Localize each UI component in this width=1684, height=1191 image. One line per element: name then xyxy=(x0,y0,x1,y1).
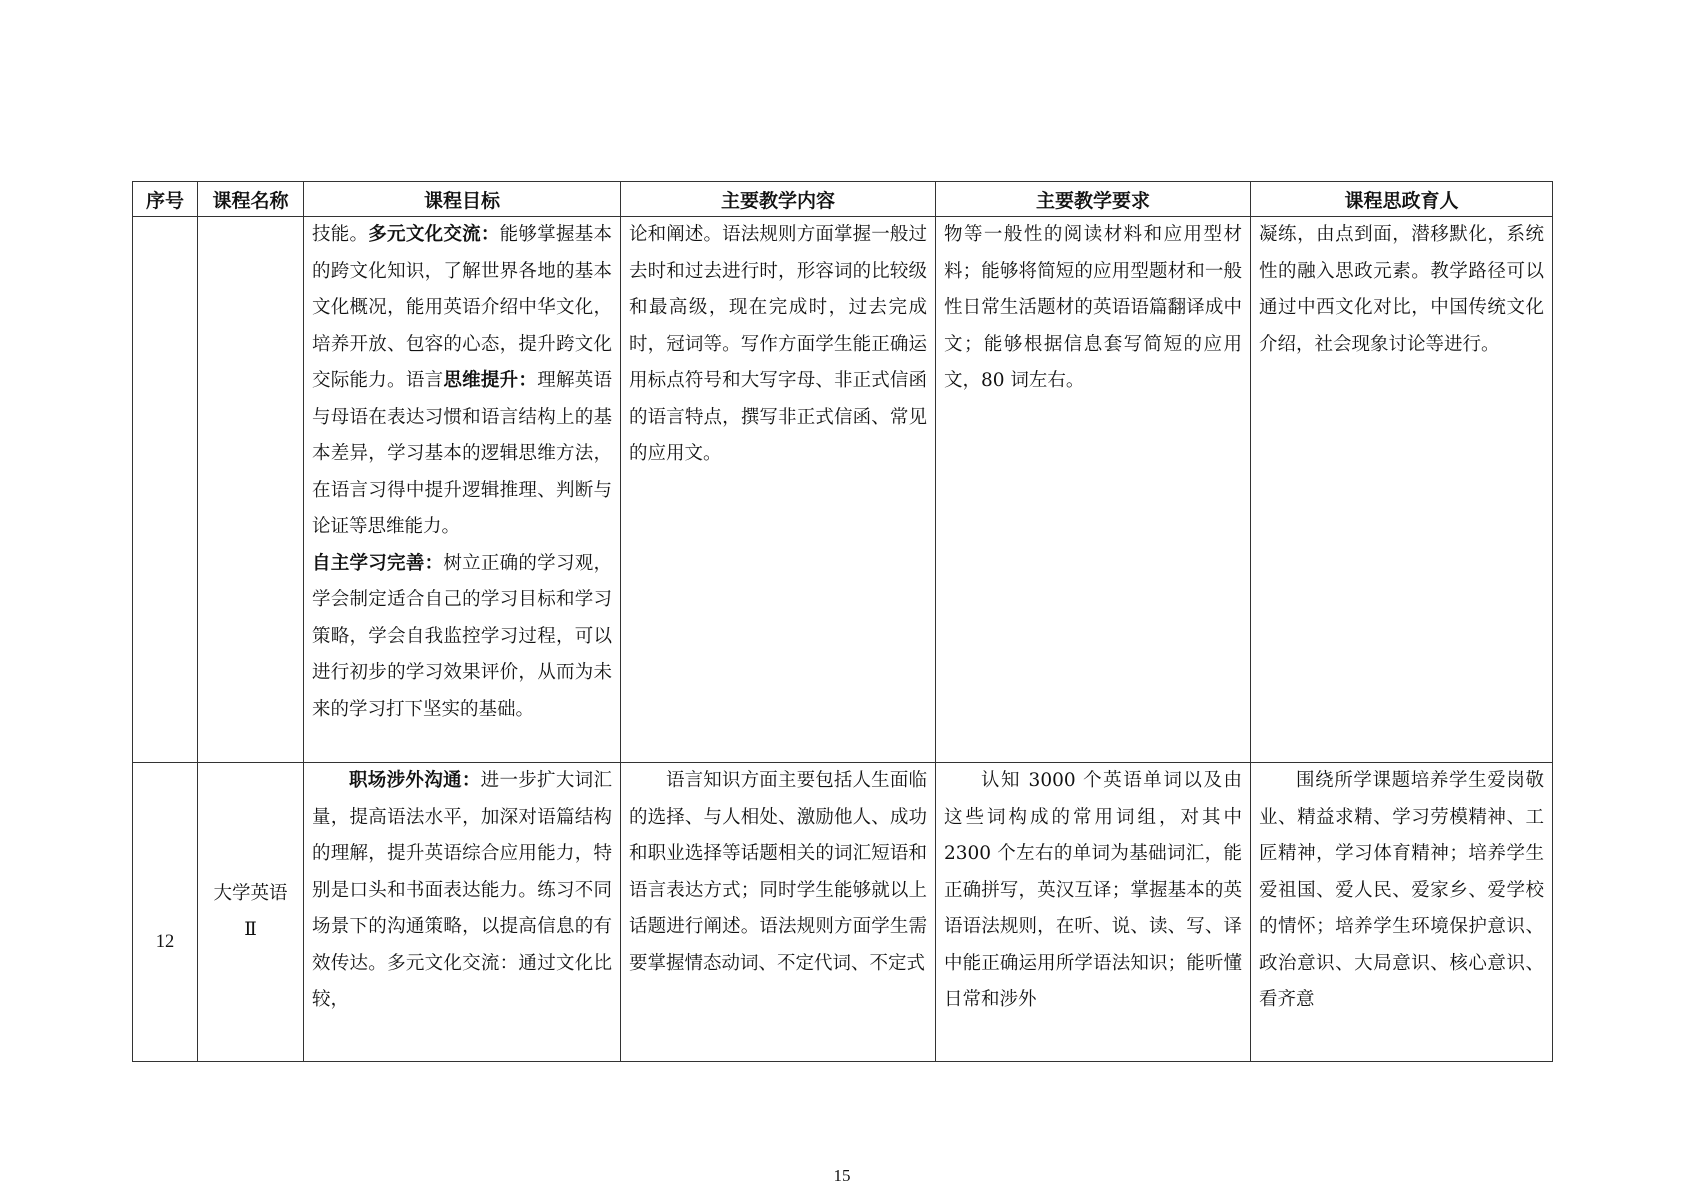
objectives-text: 技能。 xyxy=(312,224,368,245)
cell-content: 语言知识方面主要包括人生面临的选择、与人相处、激励他人、成功和职业选择等话题相关… xyxy=(621,763,936,1062)
curriculum-table: 序号 课程名称 课程目标 主要教学内容 主要教学要求 课程思政育人 技能。多元文… xyxy=(132,181,1553,1062)
cell-content: 论和阐述。语法规则方面掌握一般过去时和过去进行时，形容词的比较级和最高级，现在完… xyxy=(621,217,936,763)
cell-index: 12 xyxy=(133,763,198,1062)
page-number: 15 xyxy=(0,1166,1684,1186)
cell-ideology: 围绕所学课题培养学生爱岗敬业、精益求精、学习劳模精神、工匠精神，学习体育精神；培… xyxy=(1251,763,1553,1062)
objectives-text: 能够掌握基本的跨文化知识，了解世界各地的基本文化概况，能用英语介绍中华文化，培养… xyxy=(312,224,612,391)
objectives-text: 进一步扩大词汇量，提高语法水平，加深对语篇结构的理解，提升英语综合应用能力，特别… xyxy=(312,770,612,1010)
cell-objectives: 技能。多元文化交流：能够掌握基本的跨文化知识，了解世界各地的基本文化概况，能用英… xyxy=(304,217,621,763)
header-course-name: 课程名称 xyxy=(198,182,304,217)
cell-requirements: 物等一般性的阅读材料和应用型材料；能够将简短的应用型题材和一般性日常生活题材的英… xyxy=(936,217,1251,763)
objectives-keyword: 思维提升： xyxy=(443,370,537,391)
header-ideology: 课程思政育人 xyxy=(1251,182,1553,217)
header-index: 序号 xyxy=(133,182,198,217)
table-header-row: 序号 课程名称 课程目标 主要教学内容 主要教学要求 课程思政育人 xyxy=(133,182,1553,217)
header-content: 主要教学内容 xyxy=(621,182,936,217)
objectives-keyword: 自主学习完善： xyxy=(312,553,443,574)
objectives-text: 树立正确的学习观，学会制定适合自己的学习目标和学习策略，学会自我监控学习过程，可… xyxy=(312,553,612,720)
cell-objectives: 职场涉外沟通：进一步扩大词汇量，提高语法水平，加深对语篇结构的理解，提升英语综合… xyxy=(304,763,621,1062)
cell-requirements: 认知 3000 个英语单词以及由这些词构成的常用词组，对其中 2300 个左右的… xyxy=(936,763,1251,1062)
cell-course-name xyxy=(198,217,304,763)
table-row: 技能。多元文化交流：能够掌握基本的跨文化知识，了解世界各地的基本文化概况，能用英… xyxy=(133,217,1553,763)
header-requirements: 主要教学要求 xyxy=(936,182,1251,217)
table-row: 12 大学英语Ⅱ 职场涉外沟通：进一步扩大词汇量，提高语法水平，加深对语篇结构的… xyxy=(133,763,1553,1062)
header-objectives: 课程目标 xyxy=(304,182,621,217)
cell-ideology: 凝练，由点到面，潜移默化，系统性的融入思政元素。教学路径可以通过中西文化对比，中… xyxy=(1251,217,1553,763)
objectives-keyword: 职场涉外沟通： xyxy=(349,770,481,791)
objectives-text: 理解英语与母语在表达习惯和语言结构上的基本差异，学习基本的逻辑思维方法，在语言习… xyxy=(312,370,612,537)
cell-index xyxy=(133,217,198,763)
cell-course-name: 大学英语Ⅱ xyxy=(198,763,304,1062)
objectives-keyword: 多元文化交流： xyxy=(368,224,499,245)
